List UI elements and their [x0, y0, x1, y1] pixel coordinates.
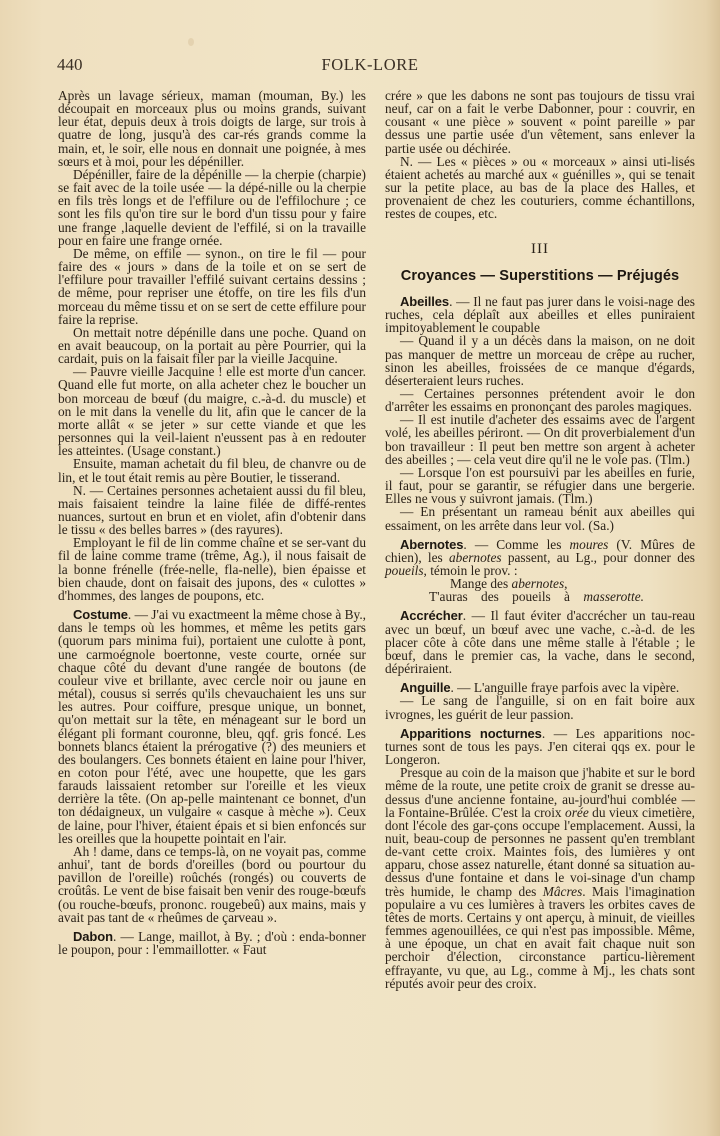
paragraph: N. — Certaines personnes achetaient auss…: [58, 484, 366, 537]
paragraph: crére » que les dabons ne sont pas toujo…: [385, 89, 695, 155]
entry-accrecher: Accrécher. — Il faut éviter d'accrécher …: [385, 609, 695, 675]
paragraph: Employant le fil de lin comme chaîne et …: [58, 536, 366, 602]
paragraph: — Certaines personnes prétendent avoir l…: [385, 387, 695, 413]
page-header: 440 FOLK-LORE: [57, 55, 683, 79]
paragraph: Ensuite, maman achetait du fil bleu, de …: [58, 457, 366, 483]
italic-term: poueils: [385, 563, 424, 578]
paragraph: — Il est inutile d'acheter des essaims a…: [385, 413, 695, 466]
proverb-verse: Mange des abernotes, T'auras des poueils…: [385, 577, 695, 603]
paragraph: — Quand il y a un décès dans la maison, …: [385, 334, 695, 387]
italic-term: masserotte.: [583, 589, 644, 604]
paragraph: — En présentant un rameau bénit aux abei…: [385, 505, 695, 531]
entry-text: . Mais l'imagination populaire a vu ces …: [385, 884, 695, 991]
paragraph: Dépéniller, faire de la dépénille — la c…: [58, 168, 366, 247]
paragraph: N. — Les « pièces » ou « morceaux » ains…: [385, 155, 695, 221]
entry-costume: Costume. — J'ai vu exactmeent la même ch…: [58, 608, 366, 845]
paragraph: — Pauvre vieille Jacquine ! elle est mor…: [58, 365, 366, 457]
entry-abernotes: Abernotes. — Comme les moures (V. Mûres …: [385, 538, 695, 577]
paragraph: — Le sang de l'anguille, si on en fait b…: [385, 694, 695, 720]
verse-text: T'auras des poueils à: [429, 589, 583, 604]
entry-dabon: Dabon. — Lange, maillot, à By. ; d'où : …: [58, 930, 366, 956]
entry-text: passent, au Lg., pour donner des: [502, 550, 695, 565]
right-column: crére » que les dabons ne sont pas toujo…: [385, 89, 695, 990]
paragraph: Ah ! dame, dans ce temps-là, on ne voyai…: [58, 845, 366, 924]
paper-stain: [188, 38, 194, 46]
paragraph: On mettait notre dépénille dans une poch…: [58, 326, 366, 365]
paragraph: Après un lavage sérieux, maman (mouman, …: [58, 89, 366, 168]
running-title: FOLK-LORE: [57, 55, 683, 75]
section-title: Croyances — Superstitions — Préjugés: [385, 270, 695, 283]
entry-apparitions: Apparitions nocturnes. — Les apparitions…: [385, 727, 695, 766]
paragraph: Presque au coin de la maison que j'habit…: [385, 766, 695, 990]
paragraph: — Lorsque l'on est poursuivi par les abe…: [385, 466, 695, 505]
section-number: III: [385, 243, 695, 256]
entry-text: . — J'ai vu exactmeent la même chose à B…: [58, 607, 366, 846]
paragraph: De même, on effile — synon., on tire le …: [58, 247, 366, 326]
entry-abeilles: Abeilles. — Il ne faut pas jurer dans le…: [385, 295, 695, 334]
verse-line: T'auras des poueils à masserotte.: [385, 590, 695, 603]
left-column: Après un lavage sérieux, maman (mouman, …: [58, 89, 366, 956]
